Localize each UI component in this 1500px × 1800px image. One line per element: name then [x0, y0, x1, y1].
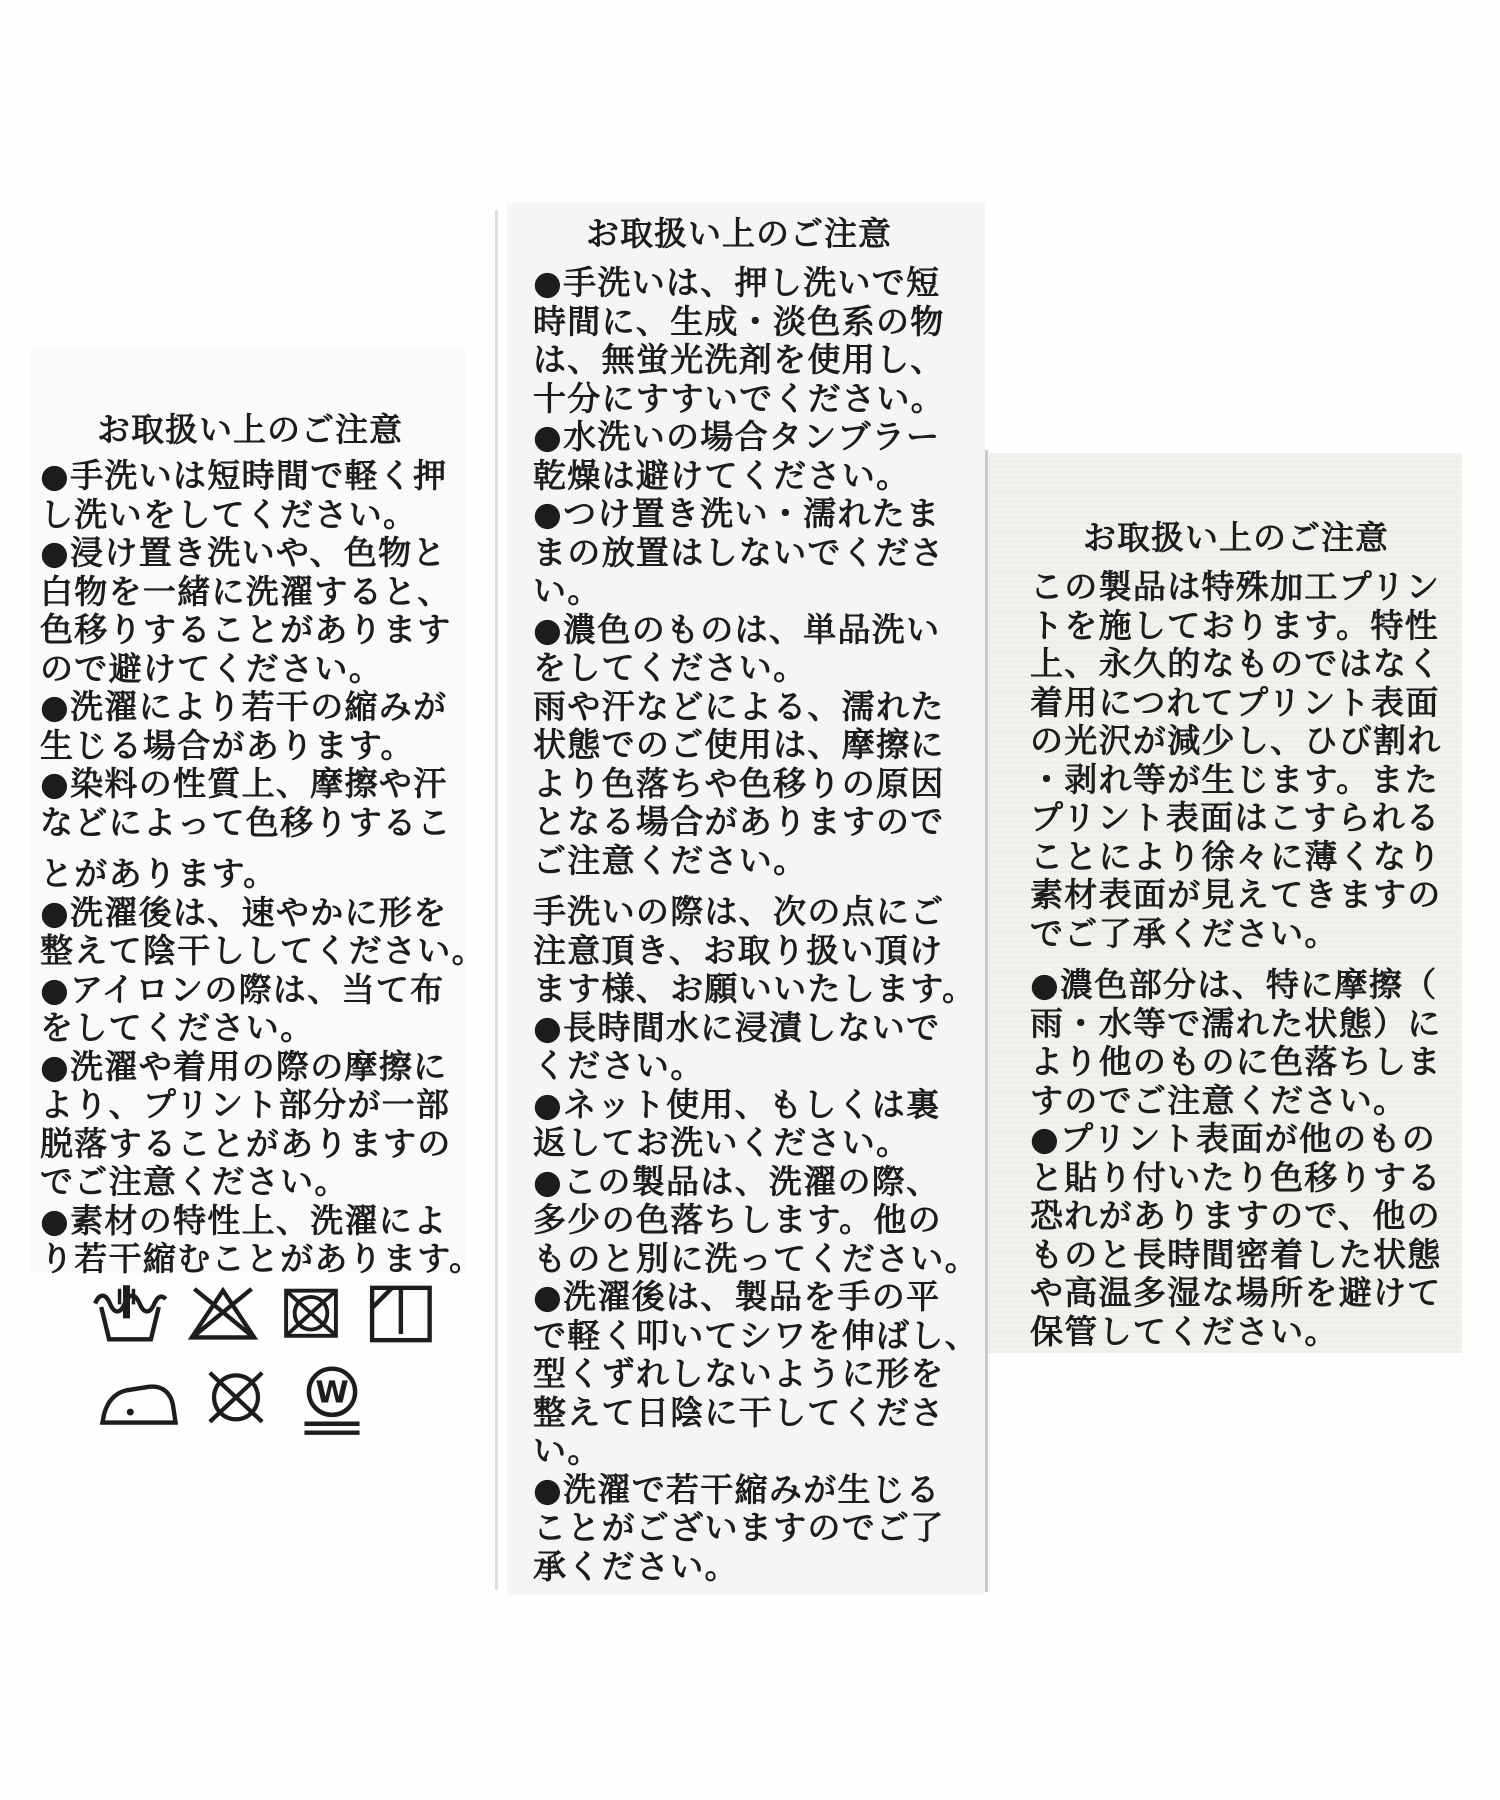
hand-wash-icon [90, 1280, 170, 1348]
text-line: 脱落することがありますの [40, 1125, 460, 1164]
text-line: 整えて日陰に干してくださ [533, 1394, 945, 1433]
text-line: ●洗濯により若干の縮みが [40, 688, 460, 727]
text-line: 多少の色落ちします。他の [533, 1201, 945, 1240]
text-line: ●この製品は、洗濯の際、 [533, 1163, 945, 1202]
text-line: より他のものに色落ちしま [1030, 1043, 1442, 1082]
text-line: ●水洗いの場合タンブラー [533, 418, 945, 457]
text-line: プリント表面はこすられる [1030, 799, 1442, 838]
do-not-tumble-dry-icon [276, 1280, 346, 1348]
text-line: 乾燥は避けてください。 [533, 457, 945, 496]
text-line: 状態でのご使用は、摩擦に [533, 726, 945, 765]
text-line: 上、永久的なものではなく [1030, 645, 1442, 684]
text-line: り若干縮むことがあります。 [40, 1240, 460, 1279]
text-line: となる場合がありますので [533, 803, 945, 842]
text-line: ●手洗いは短時間で軽く押 [40, 457, 460, 496]
text-line: 雨や汗などによる、濡れた [533, 688, 945, 727]
text-line: い。 [533, 572, 945, 611]
text-line: と貼り付いたり色移りする [1030, 1159, 1442, 1198]
text-line: 承ください。 [533, 1548, 945, 1587]
text-line: ●長時間水に浸漬しないで [533, 1009, 945, 1048]
text-line: この製品は特殊加工プリン [1030, 568, 1442, 607]
iron-one-dot-icon [98, 1372, 180, 1426]
text-line: をしてください。 [533, 649, 945, 688]
panel-title: お取扱い上のご注意 [1030, 518, 1442, 558]
scan-fold-line-left [495, 210, 498, 1590]
text-line: より色落ちや色移りの原因 [533, 765, 945, 804]
text-line: の光沢が減少し、ひび割れ [1030, 722, 1442, 761]
text-line: は、無蛍光洗剤を使用し、 [533, 341, 945, 380]
do-not-bleach-icon [184, 1280, 262, 1348]
care-panel-3: お取扱い上のご注意 この製品は特殊加工プリントを施しております。特性上、永久的な… [1030, 518, 1442, 1351]
text-line: 生じる場合があります。 [40, 727, 460, 766]
text-line: ●濃色部分は、特に摩擦（ [1030, 966, 1442, 1005]
text-line: より、プリント部分が一部 [40, 1086, 460, 1125]
text-line: をしてください。 [40, 1009, 460, 1048]
text-line: 型くずれしないように形を [533, 1355, 945, 1394]
text-line: ・剥れ等が生じます。また [1030, 761, 1442, 800]
panel-title: お取扱い上のご注意 [533, 214, 945, 254]
text-line: でご注意ください。 [40, 1163, 460, 1202]
line-dry-in-shade-icon [360, 1280, 440, 1348]
text-line: まの放置はしないでくださ [533, 534, 945, 573]
text-line: 十分にすすいでください。 [533, 380, 945, 419]
text-line: 色移りすることがあります [40, 611, 460, 650]
text-line: 素材表面が見えてきますの [1030, 876, 1442, 915]
text-line: ご注意ください。 [533, 842, 945, 881]
text-line: 整えて陰干ししてください。 [40, 932, 460, 971]
text-line: 雨・水等で濡れた状態）に [1030, 1005, 1442, 1044]
scanned-care-label-page: お取扱い上のご注意 ●手洗いは短時間で軽く押し洗いをしてください。●浸け置き洗い… [0, 0, 1500, 1800]
text-line: ます様、お願いいたします。 [533, 970, 945, 1009]
text-line: 注意頂き、お取り扱い頂け [533, 932, 945, 971]
text-line: 保管してください。 [1030, 1313, 1442, 1352]
care-panel-1: お取扱い上のご注意 ●手洗いは短時間で軽く押し洗いをしてください。●浸け置き洗い… [40, 410, 460, 1279]
text-line: ●染料の性質上、摩擦や汗 [40, 765, 460, 804]
text-line: ことがございますのでご了 [533, 1509, 945, 1548]
text-line: ●浸け置き洗いや、色物と [40, 534, 460, 573]
text-line: や高温多湿な場所を避けて [1030, 1274, 1442, 1313]
care-symbols-row-1 [90, 1280, 440, 1348]
text-line: ものと別に洗ってください。 [533, 1240, 945, 1279]
text-line: ●プリント表面が他のもの [1030, 1120, 1442, 1159]
text-line: ものと長時間密着した状態 [1030, 1236, 1442, 1275]
text-line: ●濃色のものは、単品洗い [533, 611, 945, 650]
text-line: ●洗濯後は、速やかに形を [40, 894, 460, 933]
wet-clean-letter: W [315, 1375, 348, 1410]
scan-fold-line-right [985, 450, 988, 1592]
do-not-dry-clean-icon [198, 1364, 274, 1434]
panel-body-text: この製品は特殊加工プリントを施しております。特性上、永久的なものではなく着用につ… [1030, 568, 1442, 1351]
text-line: 返してお洗いください。 [533, 1124, 945, 1163]
text-line: い。 [533, 1432, 945, 1471]
text-line: ●洗濯や着用の際の摩擦に [40, 1048, 460, 1087]
text-line: ●ネット使用、もしくは裏 [533, 1086, 945, 1125]
text-line: ●つけ置き洗い・濡れたま [533, 495, 945, 534]
wet-clean-gentle-icon: W [292, 1364, 372, 1448]
text-line: 恐れがありますので、他の [1030, 1197, 1442, 1236]
text-line: 手洗いの際は、次の点にご [533, 893, 945, 932]
text-line: 時間に、生成・淡色系の物 [533, 303, 945, 342]
text-line: すのでご注意ください。 [1030, 1082, 1442, 1121]
care-symbols-row-2: W [98, 1364, 372, 1448]
text-line: トを施しております。特性 [1030, 607, 1442, 646]
care-panel-2: お取扱い上のご注意 ●手洗いは、押し洗いで短時間に、生成・淡色系の物は、無蛍光洗… [533, 214, 945, 1586]
text-line: ください。 [533, 1047, 945, 1086]
panel-title: お取扱い上のご注意 [40, 410, 460, 450]
text-line: とがあります。 [40, 855, 460, 894]
text-line: などによって色移りするこ [40, 804, 460, 843]
text-line: ことにより徐々に薄くなり [1030, 838, 1442, 877]
text-line: 白物を一緒に洗濯すると、 [40, 573, 460, 612]
text-line: ので避けてください。 [40, 650, 460, 689]
text-line: ●洗濯で若干縮みが生じる [533, 1471, 945, 1510]
text-line: ●アイロンの際は、当て布 [40, 971, 460, 1010]
text-line: ●手洗いは、押し洗いで短 [533, 264, 945, 303]
text-line: で軽く叩いてシワを伸ばし、 [533, 1317, 945, 1356]
panel-body-text: ●手洗いは短時間で軽く押し洗いをしてください。●浸け置き洗いや、色物と白物を一緒… [40, 457, 460, 1279]
text-line: し洗いをしてください。 [40, 496, 460, 535]
text-line: でご了承ください。 [1030, 915, 1442, 954]
text-line: ●洗濯後は、製品を手の平 [533, 1278, 945, 1317]
text-line: ●素材の特性上、洗濯によ [40, 1202, 460, 1241]
panel-body-text: ●手洗いは、押し洗いで短時間に、生成・淡色系の物は、無蛍光洗剤を使用し、十分にす… [533, 264, 945, 1586]
text-line: 着用につれてプリント表面 [1030, 684, 1442, 723]
